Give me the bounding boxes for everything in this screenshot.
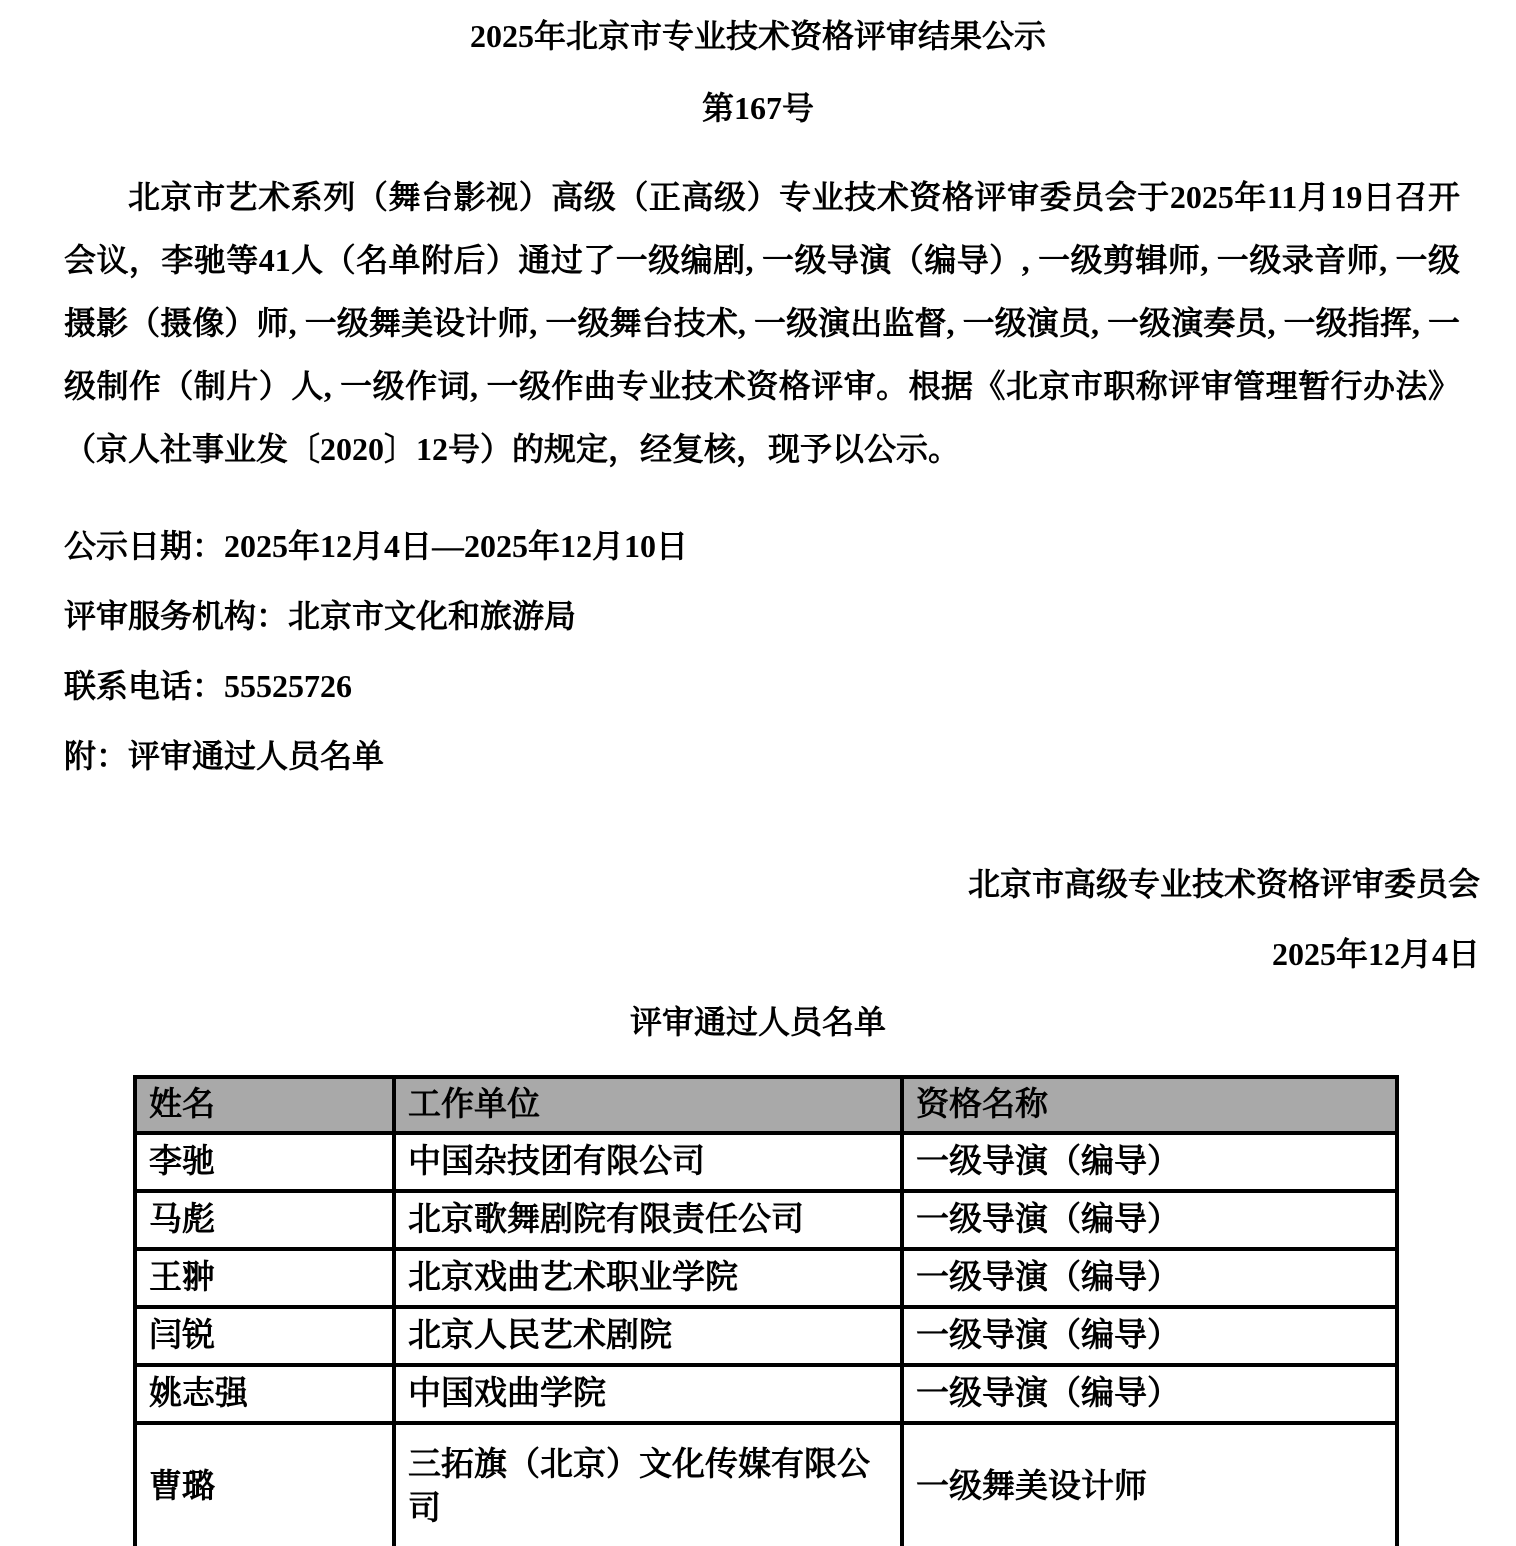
table-row: 李驰 中国杂技团有限公司 一级导演（编导） (135, 1133, 1397, 1191)
issue-date-line: 2025年12月4日 (0, 919, 1480, 989)
header-work-unit: 工作单位 (394, 1077, 902, 1133)
cell-work-unit: 中国戏曲学院 (394, 1365, 902, 1423)
table-header-row: 姓名 工作单位 资格名称 (135, 1077, 1397, 1133)
cell-qualification: 一级导演（编导） (902, 1133, 1397, 1191)
cell-qualification: 一级导演（编导） (902, 1249, 1397, 1307)
cell-qualification: 一级导演（编导） (902, 1365, 1397, 1423)
table-row: 姚志强 中国戏曲学院 一级导演（编导） (135, 1365, 1397, 1423)
table-row: 曹璐 三拓旗（北京）文化传媒有限公司 一级舞美设计师 (135, 1423, 1397, 1546)
cell-work-unit: 北京戏曲艺术职业学院 (394, 1249, 902, 1307)
publicity-date-line: 公示日期：2025年12月4日—2025年12月10日 (64, 511, 1516, 581)
cell-name: 姚志强 (135, 1365, 394, 1423)
cell-qualification: 一级舞美设计师 (902, 1423, 1397, 1546)
header-qualification: 资格名称 (902, 1077, 1397, 1133)
info-block: 公示日期：2025年12月4日—2025年12月10日 评审服务机构：北京市文化… (64, 511, 1516, 791)
document-page: 2025年北京市专业技术资格评审结果公示 第167号 北京市艺术系列（舞台影视）… (0, 0, 1516, 1546)
signature-block: 北京市高级专业技术资格评审委员会 2025年12月4日 (0, 849, 1516, 989)
table-row: 马彪 北京歌舞剧院有限责任公司 一级导演（编导） (135, 1191, 1397, 1249)
cell-qualification: 一级导演（编导） (902, 1307, 1397, 1365)
body-paragraph: 北京市艺术系列（舞台影视）高级（正高级）专业技术资格评审委员会于2025年11月… (64, 166, 1460, 481)
contact-phone-line: 联系电话：55525726 (64, 651, 1516, 721)
attachment-line: 附：评审通过人员名单 (64, 721, 1516, 791)
table-row: 王翀 北京戏曲艺术职业学院 一级导演（编导） (135, 1249, 1397, 1307)
cell-name: 曹璐 (135, 1423, 394, 1546)
cell-work-unit: 中国杂技团有限公司 (394, 1133, 902, 1191)
cell-work-unit: 北京歌舞剧院有限责任公司 (394, 1191, 902, 1249)
approved-personnel-table: 姓名 工作单位 资格名称 李驰 中国杂技团有限公司 一级导演（编导） 马彪 北京… (133, 1075, 1399, 1546)
cell-name: 李驰 (135, 1133, 394, 1191)
cell-name: 王翀 (135, 1249, 394, 1307)
cell-work-unit: 三拓旗（北京）文化传媒有限公司 (394, 1423, 902, 1546)
list-title: 评审通过人员名单 (0, 999, 1516, 1045)
header-name: 姓名 (135, 1077, 394, 1133)
cell-qualification: 一级导演（编导） (902, 1191, 1397, 1249)
cell-name: 马彪 (135, 1191, 394, 1249)
cell-name: 闫锐 (135, 1307, 394, 1365)
doc-title: 2025年北京市专业技术资格评审结果公示 (0, 0, 1516, 58)
issuer-line: 北京市高级专业技术资格评审委员会 (0, 849, 1480, 919)
doc-number: 第167号 (0, 86, 1516, 130)
review-agency-line: 评审服务机构：北京市文化和旅游局 (64, 581, 1516, 651)
table-row: 闫锐 北京人民艺术剧院 一级导演（编导） (135, 1307, 1397, 1365)
cell-work-unit: 北京人民艺术剧院 (394, 1307, 902, 1365)
